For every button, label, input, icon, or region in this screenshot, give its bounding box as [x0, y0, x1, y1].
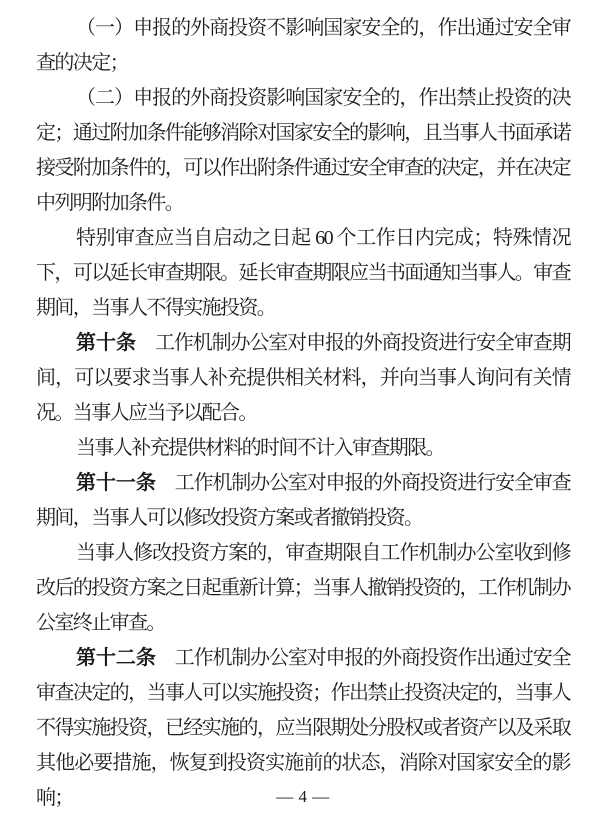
paragraph: （一）申报的外商投资不影响国家安全的，作出通过安全审查的决定；	[36, 11, 570, 81]
paragraph: 当事人修改投资方案的，审查期限自工作机制办公室收到修改后的投资方案之日起重新计算…	[36, 536, 570, 641]
paragraph-text: （二）申报的外商投资影响国家安全的，作出禁止投资的决定；通过附加条件能够消除对国…	[36, 87, 570, 214]
paragraph-text: 特别审查应当自启动之日起 60 个工作日内完成；特殊情况下，可以延长审查期限。延…	[36, 227, 570, 319]
paragraph-text: 当事人修改投资方案的，审查期限自工作机制办公室收到修改后的投资方案之日起重新计算…	[36, 542, 570, 634]
article-number: 第十二条	[76, 647, 175, 669]
paragraph: 当事人补充提供材料的时间不计入审查期限。	[36, 431, 570, 466]
paragraph: 特别审查应当自启动之日起 60 个工作日内完成；特殊情况下，可以延长审查期限。延…	[36, 221, 570, 326]
article-number: 第十一条	[76, 472, 175, 494]
page-number: — 4 —	[0, 787, 606, 807]
paragraph-text: 工作机制办公室对申报的外商投资作出通过安全审查决定的，当事人可以实施投资；作出禁…	[36, 647, 570, 809]
article-number: 第十条	[76, 332, 155, 354]
document-page: （一）申报的外商投资不影响国家安全的，作出通过安全审查的决定； （二）申报的外商…	[0, 0, 606, 821]
paragraph-text: （一）申报的外商投资不影响国家安全的，作出通过安全审查的决定；	[36, 17, 570, 74]
paragraph-text: 当事人补充提供材料的时间不计入审查期限。	[76, 437, 444, 459]
paragraph: （二）申报的外商投资影响国家安全的，作出禁止投资的决定；通过附加条件能够消除对国…	[36, 81, 570, 221]
document-body: （一）申报的外商投资不影响国家安全的，作出通过安全审查的决定； （二）申报的外商…	[0, 0, 606, 816]
paragraph: 第十一条工作机制办公室对申报的外商投资进行安全审查期间，当事人可以修改投资方案或…	[36, 466, 570, 536]
paragraph: 第十条工作机制办公室对申报的外商投资进行安全审查期间，可以要求当事人补充提供相关…	[36, 326, 570, 431]
